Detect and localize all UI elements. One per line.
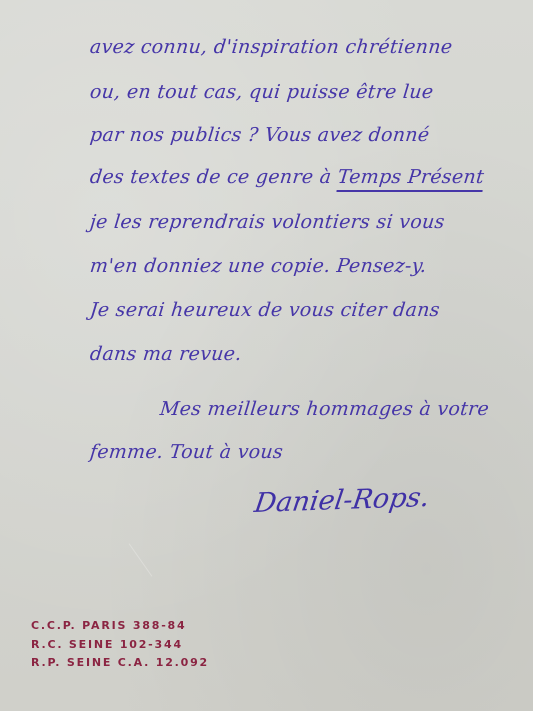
letter-line-6: m'en donniez une copie. Pensez-y. <box>89 255 428 277</box>
letter-sheet: avez connu, d'inspiration chrétienne ou,… <box>0 0 533 711</box>
closing-line-2: femme. Tout à vous <box>89 441 284 463</box>
letter-line-1: avez connu, d'inspiration chrétienne <box>89 36 454 58</box>
underlined-publication-title: Temps Présent <box>336 166 485 192</box>
letter-line-7: Je serai heureux de vous citer dans <box>89 299 441 321</box>
closing-line-1: Mes meilleurs hommages à votre <box>159 398 490 420</box>
footer-line-ccp: C.C.P. PARIS 388-84 <box>31 617 209 636</box>
footer-line-rp: R.P. SEINE C.A. 12.092 <box>31 654 209 673</box>
letter-line-5: je les reprendrais volontiers si vous <box>89 211 446 233</box>
signature: Daniel-Rops. <box>252 482 431 519</box>
letter-line-4: des textes de ce genre à Temps Présent <box>89 166 485 188</box>
letter-line-3: par nos publics ? Vous avez donné <box>89 124 431 146</box>
letter-line-2: ou, en tout cas, qui puisse être lue <box>89 81 435 103</box>
letterhead-footer: C.C.P. PARIS 388-84 R.C. SEINE 102-344 R… <box>31 617 209 673</box>
paper-crease <box>129 543 153 576</box>
footer-line-rc: R.C. SEINE 102-344 <box>31 636 209 655</box>
letter-line-4-text: des textes de ce genre à <box>89 166 333 188</box>
letter-line-8: dans ma revue. <box>89 343 243 365</box>
